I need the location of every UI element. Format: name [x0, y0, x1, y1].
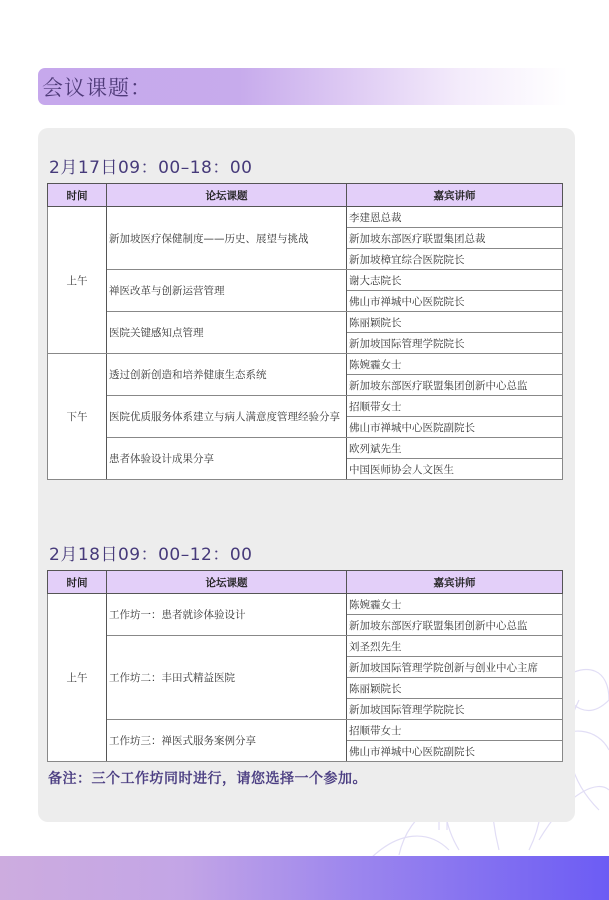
day1-title: 2月17日09：00–18：00 [49, 153, 252, 178]
speaker-cell: 新加坡樟宜综合医院院长 [347, 249, 563, 270]
note-text: 备注：三个工作坊同时进行，请您选择一个参加。 [48, 768, 367, 788]
col-header-speaker: 嘉宾讲师 [347, 184, 563, 207]
speaker-cell: 新加坡国际管理学院院长 [347, 333, 563, 354]
period-label: 上午 [48, 207, 107, 354]
speaker-cell: 中国医师协会人文医生 [347, 459, 563, 480]
col-header-topic: 论坛课题 [107, 184, 347, 207]
day1-schedule-table: 时间 论坛课题 嘉宾讲师 上午 新加坡医疗保健制度——历史、展望与挑战 李建恩总… [47, 183, 563, 480]
speaker-cell: 陈丽颖院长 [347, 312, 563, 333]
table-row: 工作坊二：丰田式精益医院 刘圣烈先生 [48, 636, 563, 657]
table-row: 患者体验设计成果分享 欧列斌先生 [48, 438, 563, 459]
speaker-cell: 刘圣烈先生 [347, 636, 563, 657]
speaker-cell: 李建恩总裁 [347, 207, 563, 228]
table-row: 上午 工作坊一：患者就诊体验设计 陈婉霾女士 [48, 594, 563, 615]
period-label: 上午 [48, 594, 107, 762]
col-header-time: 时间 [48, 571, 107, 594]
session-topic: 工作坊三：禅医式服务案例分享 [107, 720, 347, 762]
period-label: 下午 [48, 354, 107, 480]
session-topic: 工作坊一：患者就诊体验设计 [107, 594, 347, 636]
table-row: 医院优质服务体系建立与病人满意度管理经验分享 招顺带女士 [48, 396, 563, 417]
section-header: 会议课题： [38, 68, 568, 105]
speaker-cell: 谢大志院长 [347, 270, 563, 291]
session-topic: 医院关键感知点管理 [107, 312, 347, 354]
col-header-speaker: 嘉宾讲师 [347, 571, 563, 594]
bottom-gradient-band [0, 856, 609, 900]
speaker-cell: 新加坡国际管理学院创新与创业中心主席 [347, 657, 563, 678]
session-topic: 患者体验设计成果分享 [107, 438, 347, 480]
day2-title: 2月18日09：00–12：00 [49, 540, 252, 565]
speaker-cell: 新加坡东部医疗联盟集团创新中心总监 [347, 375, 563, 396]
speaker-cell: 佛山市禅城中心医院院长 [347, 291, 563, 312]
session-topic: 禅医改革与创新运营管理 [107, 270, 347, 312]
table-row: 工作坊三：禅医式服务案例分享 招顺带女士 [48, 720, 563, 741]
speaker-cell: 新加坡东部医疗联盟集团总裁 [347, 228, 563, 249]
session-topic: 工作坊二：丰田式精益医院 [107, 636, 347, 720]
speaker-cell: 佛山市禅城中心医院副院长 [347, 417, 563, 438]
table-row: 禅医改革与创新运营管理 谢大志院长 [48, 270, 563, 291]
session-topic: 医院优质服务体系建立与病人满意度管理经验分享 [107, 396, 347, 438]
speaker-cell: 招顺带女士 [347, 396, 563, 417]
col-header-topic: 论坛课题 [107, 571, 347, 594]
speaker-cell: 陈婉霾女士 [347, 354, 563, 375]
speaker-cell: 欧列斌先生 [347, 438, 563, 459]
session-topic: 新加坡医疗保健制度——历史、展望与挑战 [107, 207, 347, 270]
session-topic: 透过创新创造和培养健康生态系统 [107, 354, 347, 396]
table-row: 下午 透过创新创造和培养健康生态系统 陈婉霾女士 [48, 354, 563, 375]
table-row: 上午 新加坡医疗保健制度——历史、展望与挑战 李建恩总裁 [48, 207, 563, 228]
speaker-cell: 佛山市禅城中心医院副院长 [347, 741, 563, 762]
speaker-cell: 新加坡国际管理学院院长 [347, 699, 563, 720]
speaker-cell: 新加坡东部医疗联盟集团创新中心总监 [347, 615, 563, 636]
section-title: 会议课题： [42, 72, 152, 102]
speaker-cell: 陈丽颖院长 [347, 678, 563, 699]
speaker-cell: 陈婉霾女士 [347, 594, 563, 615]
col-header-time: 时间 [48, 184, 107, 207]
speaker-cell: 招顺带女士 [347, 720, 563, 741]
table-row: 医院关键感知点管理 陈丽颖院长 [48, 312, 563, 333]
day2-schedule-table: 时间 论坛课题 嘉宾讲师 上午 工作坊一：患者就诊体验设计 陈婉霾女士 新加坡东… [47, 570, 563, 762]
